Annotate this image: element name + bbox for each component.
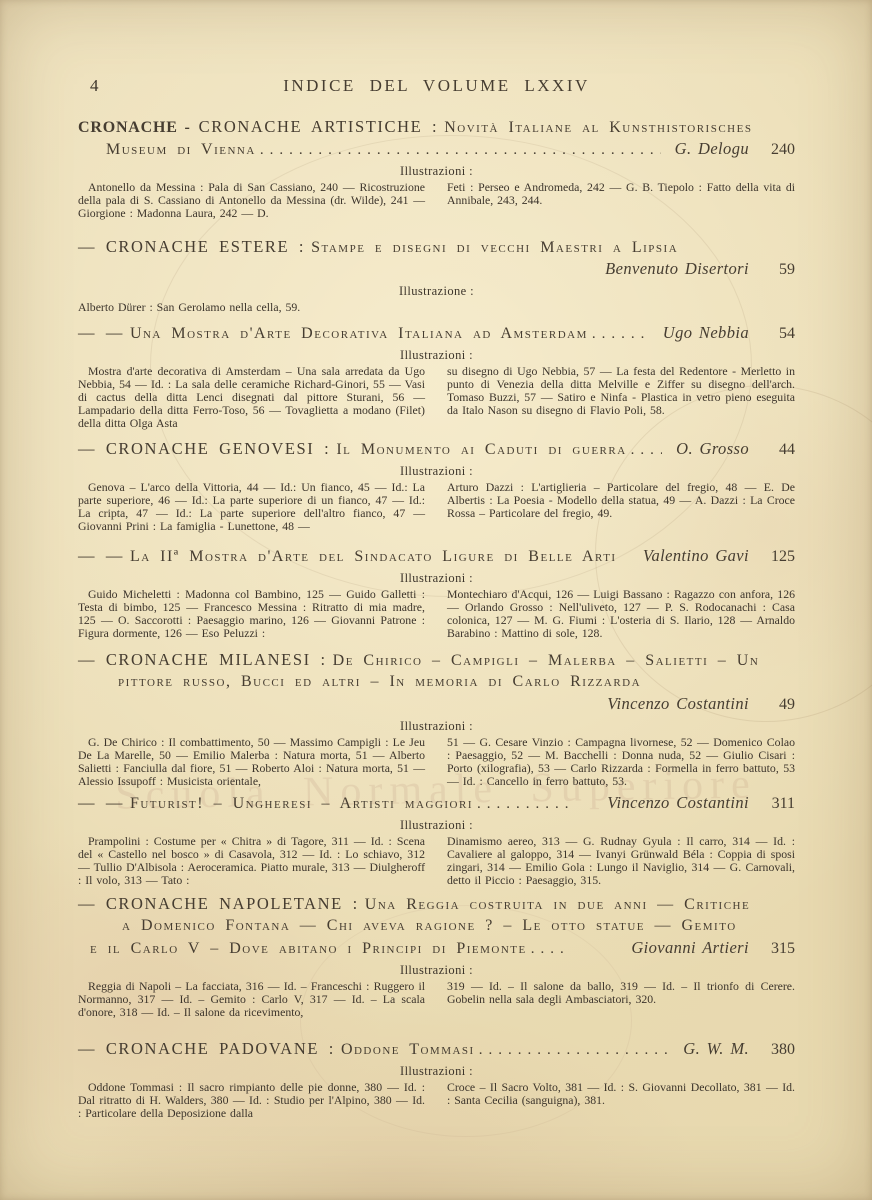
page-reference: 315 bbox=[749, 938, 795, 960]
section-title: — — bbox=[78, 545, 130, 567]
section-title: — — bbox=[78, 792, 130, 814]
toc-section: — —Futurist! – Ungheresi – Artisti maggi… bbox=[78, 792, 795, 887]
toc-section: — CRONACHE GENOVESI :Il Monumento ai Cad… bbox=[78, 438, 795, 533]
section-subtitle: Novità Italiane al Kunsthistorisches bbox=[444, 117, 752, 139]
page-reference: 125 bbox=[749, 546, 795, 568]
illustration-column-right: su disegno di Ugo Nebbia, 57 — La festa … bbox=[447, 365, 795, 430]
leader-dots: .......... bbox=[473, 793, 579, 815]
illustrations-columns: Antonello da Messina : Pala di San Cassi… bbox=[78, 181, 795, 220]
illustration-column-left: Antonello da Messina : Pala di San Cassi… bbox=[78, 181, 425, 220]
section-heading-line: — CRONACHE GENOVESI :Il Monumento ai Cad… bbox=[78, 438, 795, 460]
illustrations-label: Illustrazioni : bbox=[78, 163, 795, 179]
page-reference: 380 bbox=[749, 1039, 795, 1061]
page-reference: 44 bbox=[749, 439, 795, 461]
section-subtitle: Futurist! – Ungheresi – Artisti maggiori bbox=[130, 793, 473, 815]
section-series-label: CRONACHE - bbox=[78, 117, 199, 139]
illustrations-label: Illustrazioni : bbox=[78, 463, 795, 479]
section-subtitle: Il Monumento ai Caduti di guerra bbox=[336, 439, 626, 461]
section-heading-line: — —Una Mostra d'Arte Decorativa Italiana… bbox=[78, 322, 795, 344]
illustrations-columns: Oddone Tommasi : Il sacro rimpianto dell… bbox=[78, 1081, 795, 1120]
author-name: Valentino Gavi bbox=[629, 545, 749, 567]
illustration-column-right: Croce – Il Sacro Volto, 381 — Id. : S. G… bbox=[447, 1081, 795, 1120]
illustrations-columns: Alberto Dürer : San Gerolamo nella cella… bbox=[78, 301, 795, 314]
page-reference: 54 bbox=[749, 323, 795, 345]
section-heading-line: — CRONACHE ESTERE :Stampe e disegni di v… bbox=[78, 236, 795, 258]
section-heading-line: Vincenzo Costantini49 bbox=[78, 693, 795, 715]
author-name: G. Delogu bbox=[661, 138, 749, 160]
section-subtitle: Stampe e disegni di vecchi Maestri a Lip… bbox=[311, 237, 678, 259]
illustrations-label: Illustrazioni : bbox=[78, 347, 795, 363]
page-reference: 49 bbox=[749, 694, 795, 716]
illustrations-columns: Genova – L'arco della Vittoria, 44 — Id.… bbox=[78, 481, 795, 533]
section-heading-line: CRONACHE -CRONACHE ARTISTICHE :Novità It… bbox=[78, 116, 795, 138]
illustration-column-left: Reggia di Napoli – La facciata, 316 — Id… bbox=[78, 980, 425, 1019]
author-name: Ugo Nebbia bbox=[649, 322, 749, 344]
illustrations-label: Illustrazioni : bbox=[78, 817, 795, 833]
illustration-column-left: Alberto Dürer : San Gerolamo nella cella… bbox=[78, 301, 795, 314]
section-heading-line: — —La IIª Mostra d'Arte del Sindacato Li… bbox=[78, 545, 795, 567]
illustration-column-left: Guido Micheletti : Madonna col Bambino, … bbox=[78, 588, 425, 640]
section-title: CRONACHE ARTISTICHE : bbox=[199, 116, 445, 138]
section-title: — CRONACHE ESTERE : bbox=[78, 236, 311, 258]
illustrations-columns: Reggia di Napoli – La facciata, 316 — Id… bbox=[78, 980, 795, 1019]
page-reference: 311 bbox=[749, 793, 795, 815]
section-subtitle: De Chirico – Campigli – Malerba – Saliet… bbox=[333, 650, 760, 672]
section-subtitle: Museum di Vienna bbox=[106, 139, 256, 161]
illustration-column-right: 51 — G. Cesare Vinzio : Campagna livorne… bbox=[447, 736, 795, 788]
leader-dots: .... bbox=[627, 439, 663, 461]
illustrations-label: Illustrazioni : bbox=[78, 962, 795, 978]
section-title: — CRONACHE PADOVANE : bbox=[78, 1038, 341, 1060]
section-subtitle: La IIª Mostra d'Arte del Sindacato Ligur… bbox=[130, 546, 617, 568]
illustration-column-left: Genova – L'arco della Vittoria, 44 — Id.… bbox=[78, 481, 425, 533]
scanned-index-page: Scuola Normale Superiore 4 INDICE DEL VO… bbox=[0, 0, 872, 1200]
toc-section: — CRONACHE PADOVANE :Oddone Tommasi.....… bbox=[78, 1038, 795, 1120]
toc-section: — —Una Mostra d'Arte Decorativa Italiana… bbox=[78, 322, 795, 430]
section-subtitle: a Domenico Fontana — Chi aveva ragione ?… bbox=[122, 915, 737, 937]
illustrations-label: Illustrazioni : bbox=[78, 718, 795, 734]
section-heading-line: e il Carlo V – Dove abitano i Principi d… bbox=[78, 937, 795, 959]
author-name: O. Grosso bbox=[662, 438, 749, 460]
section-heading-line: — CRONACHE NAPOLETANE :Una Reggia costru… bbox=[78, 893, 795, 915]
leader-dots: ...... bbox=[588, 323, 649, 345]
illustration-column-right: Feti : Perseo e Andromeda, 242 — G. B. T… bbox=[447, 181, 795, 220]
illustrations-label: Illustrazione : bbox=[78, 283, 795, 299]
illustrations-label: Illustrazioni : bbox=[78, 570, 795, 586]
illustration-column-right: Montechiaro d'Acqui, 126 — Luigi Bassano… bbox=[447, 588, 795, 640]
toc-section: CRONACHE -CRONACHE ARTISTICHE :Novità It… bbox=[78, 116, 795, 220]
section-heading-line: — CRONACHE PADOVANE :Oddone Tommasi.....… bbox=[78, 1038, 795, 1060]
section-heading-line: Benvenuto Disertori59 bbox=[78, 258, 795, 280]
section-subtitle: e il Carlo V – Dove abitano i Principi d… bbox=[90, 938, 527, 960]
page-title: INDICE DEL VOLUME LXXIV bbox=[78, 76, 795, 96]
illustration-column-left: Mostra d'arte decorativa di Amsterdam – … bbox=[78, 365, 425, 430]
illustrations-label: Illustrazioni : bbox=[78, 1063, 795, 1079]
author-name: Giovanni Artieri bbox=[617, 937, 749, 959]
illustrations-columns: Mostra d'arte decorativa di Amsterdam – … bbox=[78, 365, 795, 430]
toc-section: — —La IIª Mostra d'Arte del Sindacato Li… bbox=[78, 545, 795, 640]
author-name: Vincenzo Costantini bbox=[593, 693, 749, 715]
author-name: Benvenuto Disertori bbox=[591, 258, 749, 280]
section-heading-line: — —Futurist! – Ungheresi – Artisti maggi… bbox=[78, 792, 795, 814]
section-subtitle: Una Mostra d'Arte Decorativa Italiana ad… bbox=[130, 323, 588, 345]
page-reference: 240 bbox=[749, 139, 795, 161]
toc-section: — CRONACHE ESTERE :Stampe e disegni di v… bbox=[78, 236, 795, 314]
toc-section: — CRONACHE NAPOLETANE :Una Reggia costru… bbox=[78, 893, 795, 1019]
leader-dots: ...................... bbox=[475, 1039, 670, 1061]
section-title: — — bbox=[78, 322, 130, 344]
illustration-column-right: 319 — Id. – Il salone da ballo, 319 — Id… bbox=[447, 980, 795, 1019]
illustration-column-right: Dinamismo aereo, 313 — G. Rudnay Gyula :… bbox=[447, 835, 795, 887]
section-subtitle: Una Reggia costruita in due anni — Criti… bbox=[365, 894, 750, 916]
illustrations-columns: Guido Micheletti : Madonna col Bambino, … bbox=[78, 588, 795, 640]
section-subtitle: pittore russo, Bucci ed altri – In memor… bbox=[118, 671, 641, 693]
page-reference: 59 bbox=[749, 259, 795, 281]
section-title: — CRONACHE NAPOLETANE : bbox=[78, 893, 365, 915]
leader-dots: .... bbox=[527, 938, 574, 960]
section-title: — CRONACHE MILANESI : bbox=[78, 649, 333, 671]
illustration-column-left: Prampolini : Costume per « Chitra » di T… bbox=[78, 835, 425, 887]
section-subtitle: Oddone Tommasi bbox=[341, 1039, 475, 1061]
illustration-column-left: Oddone Tommasi : Il sacro rimpianto dell… bbox=[78, 1081, 425, 1120]
section-heading-line: — CRONACHE MILANESI :De Chirico – Campig… bbox=[78, 649, 795, 671]
illustrations-columns: G. De Chirico : Il combattimento, 50 — M… bbox=[78, 736, 795, 788]
illustration-column-right: Arturo Dazzi : L'artiglieria – Particola… bbox=[447, 481, 795, 533]
section-heading-line: a Domenico Fontana — Chi aveva ragione ?… bbox=[78, 915, 795, 937]
section-title: — CRONACHE GENOVESI : bbox=[78, 438, 336, 460]
section-heading-line: Museum di Vienna........................… bbox=[78, 138, 795, 160]
toc-section: — CRONACHE MILANESI :De Chirico – Campig… bbox=[78, 649, 795, 788]
illustrations-columns: Prampolini : Costume per « Chitra » di T… bbox=[78, 835, 795, 887]
author-name: Vincenzo Costantini bbox=[593, 792, 749, 814]
illustration-column-left: G. De Chirico : Il combattimento, 50 — M… bbox=[78, 736, 425, 788]
section-heading-line: pittore russo, Bucci ed altri – In memor… bbox=[78, 671, 795, 693]
author-name: G. W. M. bbox=[669, 1038, 749, 1060]
leader-dots: ........................................… bbox=[256, 139, 661, 161]
